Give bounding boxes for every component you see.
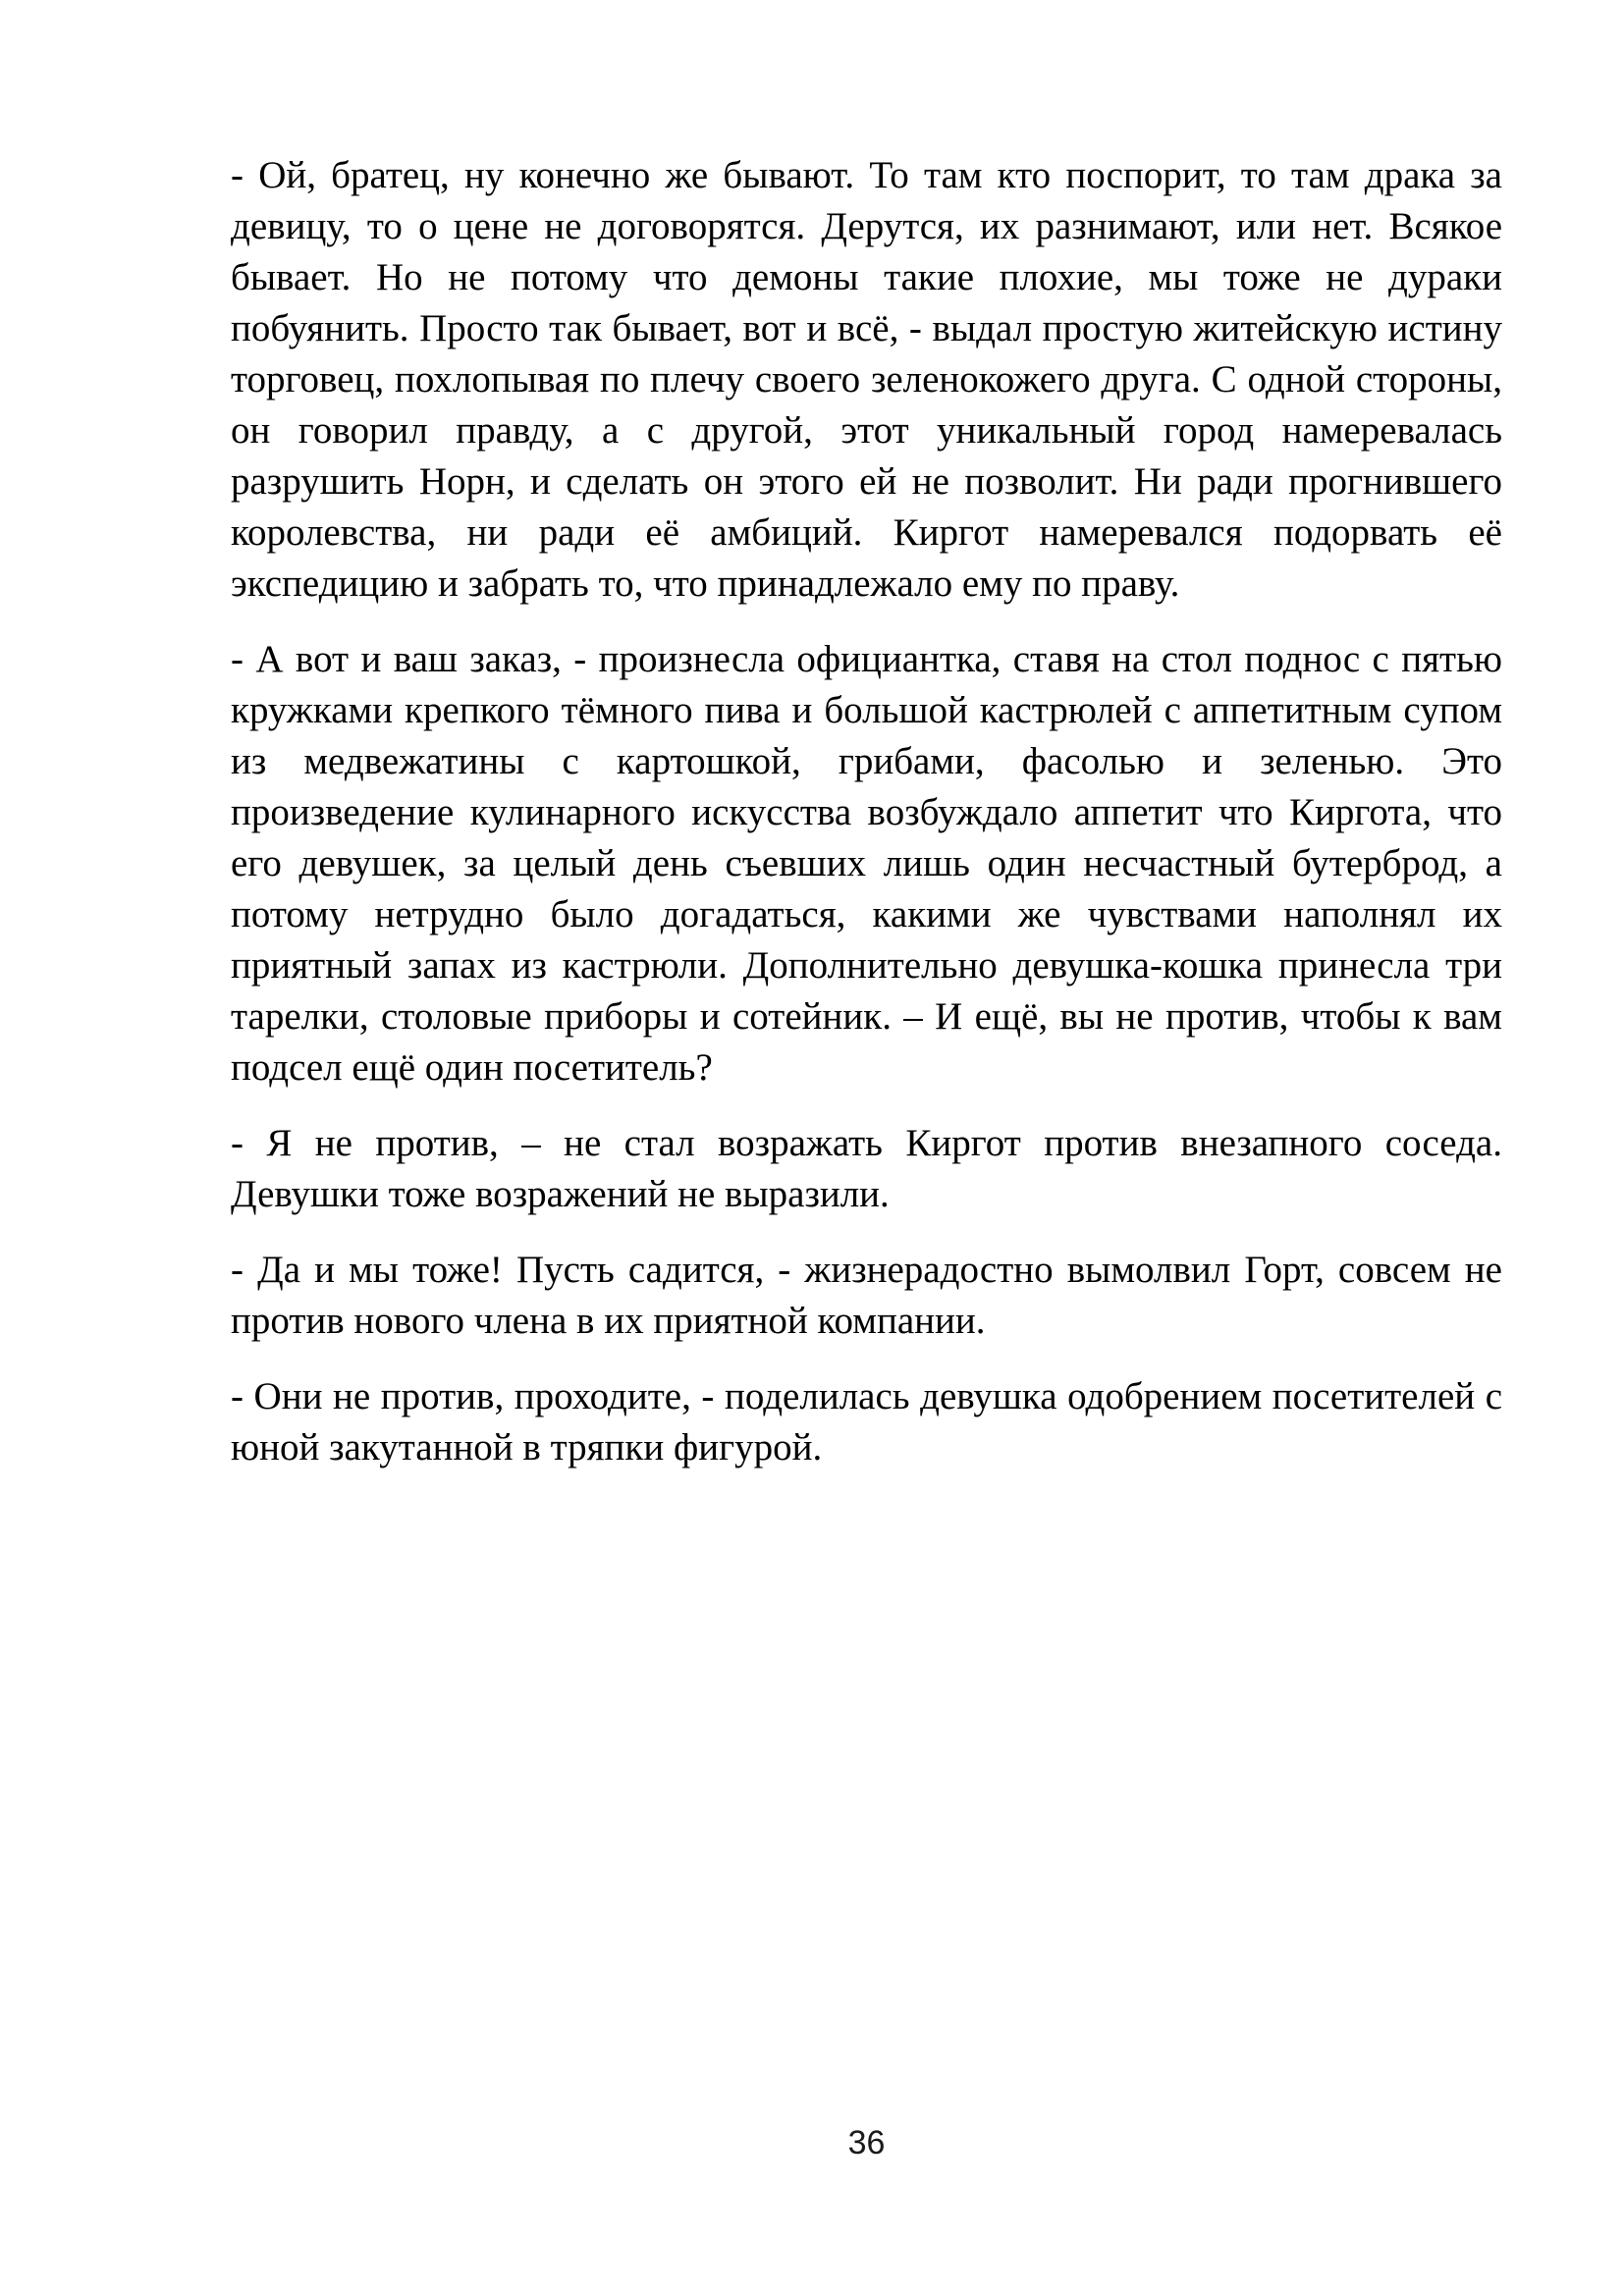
document-page: - Ой, братец, ну конечно же бывают. То т… [0, 0, 1624, 2296]
text-line: кружками крепкого тёмного пива и большой… [231, 685, 1502, 736]
text-line: - Ой, братец, ну конечно же бывают. То т… [231, 150, 1502, 201]
paragraph: - А вот и ваш заказ, - произнесла официа… [231, 634, 1502, 1094]
text-line: подсел ещё один посетитель? [231, 1042, 1502, 1094]
text-line: произведение кулинарного искусства возбу… [231, 787, 1502, 838]
paragraph: - Да и мы тоже! Пусть садится, - жизнера… [231, 1245, 1502, 1347]
page-number: 36 [848, 2124, 886, 2162]
paragraph: - Ой, братец, ну конечно же бывают. То т… [231, 150, 1502, 610]
text-line: - Да и мы тоже! Пусть садится, - жизнера… [231, 1245, 1502, 1296]
text-line: он говорил правду, а с другой, этот уник… [231, 405, 1502, 456]
text-line: - А вот и ваш заказ, - произнесла официа… [231, 634, 1502, 685]
text-line: приятный запах из кастрюли. Дополнительн… [231, 940, 1502, 991]
text-line: - Я не против, – не стал возражать Кирго… [231, 1118, 1502, 1169]
text-line: - Они не против, проходите, - поделилась… [231, 1371, 1502, 1422]
text-line: бывает. Но не потому что демоны такие пл… [231, 252, 1502, 303]
text-line: из медвежатины с картошкой, грибами, фас… [231, 736, 1502, 787]
text-line: потому нетрудно было догадаться, какими … [231, 889, 1502, 940]
paragraph: - Я не против, – не стал возражать Кирго… [231, 1118, 1502, 1220]
text-line: торговец, похлопывая по плечу своего зел… [231, 354, 1502, 405]
text-line: королевства, ни ради её амбиций. Киргот … [231, 507, 1502, 559]
text-body: - Ой, братец, ну конечно же бывают. То т… [231, 150, 1502, 1498]
text-line: юной закутанной в тряпки фигурой. [231, 1422, 1502, 1473]
text-line: побуянить. Просто так бывает, вот и всё,… [231, 303, 1502, 354]
text-line: разрушить Норн, и сделать он этого ей не… [231, 456, 1502, 507]
text-line: Девушки тоже возражений не выразили. [231, 1169, 1502, 1220]
page-footer: 36 [231, 2126, 1502, 2160]
text-line: экспедицию и забрать то, что принадлежал… [231, 559, 1502, 610]
text-line: его девушек, за целый день съевших лишь … [231, 838, 1502, 889]
text-line: девицу, то о цене не договорятся. Дерутс… [231, 201, 1502, 252]
text-line: тарелки, столовые приборы и сотейник. – … [231, 991, 1502, 1042]
text-line: против нового члена в их приятной компан… [231, 1296, 1502, 1347]
paragraph: - Они не против, проходите, - поделилась… [231, 1371, 1502, 1473]
